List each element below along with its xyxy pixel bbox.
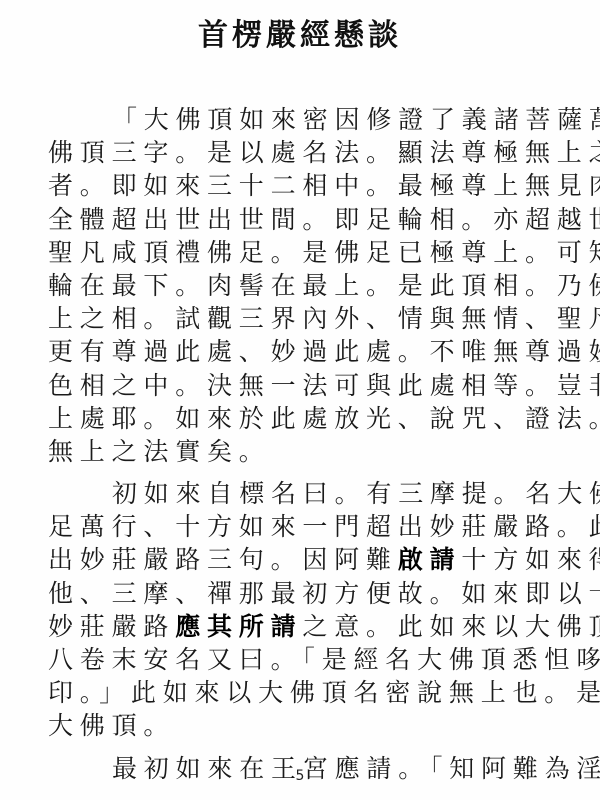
text-line: 色相之中。決無一法可與此處相等。豈非此相是無上之無 [48,369,560,402]
text-line: 大佛頂。 [48,709,560,742]
text-segment: 更有尊過此處、妙過此處。不唯無尊過妙過者。聖凡微妙 [48,337,600,366]
text-segment: 上之相。試觀三界內外、情與無情、聖凡微妙境界。何處 [48,304,600,333]
text-segment: 無上之法實矣。 [48,437,271,466]
text-segment: 色相之中。決無一法可與此處相等。豈非此相是無上之無 [48,371,600,400]
text-line: 出妙莊嚴路三句。因阿難啟請十方如來得成菩提、妙奢摩 [48,543,560,576]
text-segment: 「大佛頂如來密因修證了義諸菩薩萬行首楞嚴經」。大 [112,105,600,134]
text-line: 印。」此如來以大佛頂名密說無上也。是知此經顯密俱稱 [48,676,560,709]
text-segment: 妙莊嚴路 [48,612,175,641]
document-body: 「大佛頂如來密因修證了義諸菩薩萬行首楞嚴經」。大佛頂三字。是以處名法。顯法尊極無… [48,103,560,785]
paragraph: 「大佛頂如來密因修證了義諸菩薩萬行首楞嚴經」。大佛頂三字。是以處名法。顯法尊極無… [48,103,560,468]
text-line: 全體超出世出世間。即足輪相。亦超越世出世間。故九界 [48,203,560,236]
text-line: 「大佛頂如來密因修證了義諸菩薩萬行首楞嚴經」。大 [48,103,560,136]
text-segment: 足萬行、十方如來一門超出妙莊嚴路。此十方如來一門超 [48,512,600,541]
text-line: 上之相。試觀三界內外、情與無情、聖凡微妙境界。何處 [48,302,560,335]
bold-text: 應其所請 [175,612,302,641]
text-line: 輪在最下。肉髻在最上。是此頂相。乃佛全體無上軀中無 [48,269,560,302]
text-segment: 上處耶。如來於此處放光、說咒、證法。是以無上之處顯 [48,404,600,433]
text-segment: 者。即如來三十二相中。最極尊上無見肉髻相也。蓋如來 [48,171,600,200]
text-line: 聖凡咸頂禮佛足。是佛足已極尊上。可知如來三十二相足 [48,236,560,269]
document-page: 首楞嚴經懸談 「大佛頂如來密因修證了義諸菩薩萬行首楞嚴經」。大佛頂三字。是以處名… [0,0,600,800]
text-segment: 十方如來得成菩提、妙奢摩 [461,545,600,574]
bold-text: 啟請 [398,545,462,574]
text-segment: 佛頂三字。是以處名法。顯法尊極無上之稱也。言大佛頂 [48,138,600,167]
text-line: 妙莊嚴路應其所請之意。此如來以大佛頂名顯說無上也。 [48,610,560,643]
text-line: 初如來自標名曰。有三摩提。名大佛頂首楞嚴王、具 [48,477,560,510]
text-segment: 輪在最下。肉髻在最上。是此頂相。乃佛全體無上軀中無 [48,271,600,300]
page-title: 首楞嚴經懸談 [0,16,600,56]
paragraph-gap [48,743,560,752]
text-segment: 印。」此如來以大佛頂名密說無上也。是知此經顯密俱稱 [48,678,600,707]
text-segment: 全體超出世出世間。即足輪相。亦超越世出世間。故九界 [48,205,600,234]
text-line: 他、三摩、禪那最初方便故。如來即以十方如來一門超出 [48,577,560,610]
text-line: 更有尊過此處、妙過此處。不唯無尊過妙過者。聖凡微妙 [48,335,560,368]
text-segment: 大佛頂。 [48,711,175,740]
text-line: 八卷末安名又曰。「是經名大佛頂悉怛哆般怛囉無上寶 [48,643,560,676]
text-line: 佛頂三字。是以處名法。顯法尊極無上之稱也。言大佛頂 [48,136,560,169]
text-segment: 初如來自標名曰。有三摩提。名大佛頂首楞嚴王、具 [112,479,600,508]
text-segment: 之意。此如來以大佛頂名顯說無上也。 [302,612,600,641]
text-line: 者。即如來三十二相中。最極尊上無見肉髻相也。蓋如來 [48,169,560,202]
text-segment: 他、三摩、禪那最初方便故。如來即以十方如來一門超出 [48,579,600,608]
page-number: 5 [0,768,600,784]
text-segment: 聖凡咸頂禮佛足。是佛足已極尊上。可知如來三十二相足 [48,238,600,267]
text-line: 無上之法實矣。 [48,435,560,468]
text-segment: 八卷末安名又曰。「是經名大佛頂悉怛哆般怛囉無上寶 [48,645,600,674]
text-line: 上處耶。如來於此處放光、說咒、證法。是以無上之處顯 [48,402,560,435]
text-segment: 出妙莊嚴路三句。因阿難 [48,545,398,574]
paragraph: 初如來自標名曰。有三摩提。名大佛頂首楞嚴王、具足萬行、十方如來一門超出妙莊嚴路。… [48,477,560,743]
text-line: 足萬行、十方如來一門超出妙莊嚴路。此十方如來一門超 [48,510,560,543]
paragraph-gap [48,468,560,477]
